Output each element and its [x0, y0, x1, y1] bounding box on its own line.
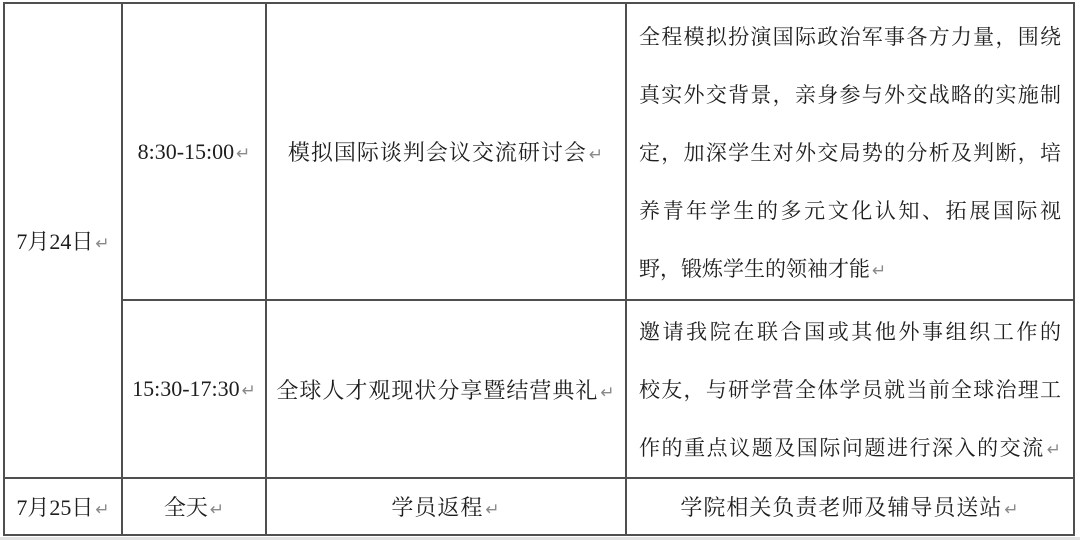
description-line: 作的重点议题及国际问题进行深入的交流↵ — [639, 419, 1061, 477]
time-cell: 8:30-15:00↵ — [122, 3, 266, 300]
document-page: 7月24日↵ 8:30-15:00↵ 模拟国际谈判会议交流研讨会↵ 全程模拟扮演… — [0, 0, 1080, 540]
paragraph-mark-icon: ↵ — [485, 500, 500, 520]
time-text: 全天 — [164, 495, 208, 520]
description-line: 全程模拟扮演国际政治军事各方力量，围绕 — [639, 8, 1061, 66]
table-row: 7月24日↵ 8:30-15:00↵ 模拟国际谈判会议交流研讨会↵ 全程模拟扮演… — [4, 3, 1074, 300]
activity-text: 全球人才观现状分享暨结营典礼 — [276, 378, 598, 403]
description-text: 学院相关负责老师及辅导员送站 — [680, 495, 1002, 520]
description-line: 养青年学生的多元文化认知、拓展国际视 — [639, 182, 1061, 240]
paragraph-mark-icon: ↵ — [236, 144, 250, 164]
description-text: 野，锻炼学生的领袖才能 — [639, 257, 870, 281]
paragraph-mark-icon: ↵ — [1047, 440, 1061, 460]
description-line: 定，加深学生对外交局势的分析及判断，培 — [639, 124, 1061, 182]
paragraph-mark-icon: ↵ — [95, 234, 109, 254]
description-text: 作的重点议题及国际问题进行深入的交流 — [639, 436, 1045, 460]
description-line: 真实外交背景，亲身参与外交战略的实施制 — [639, 66, 1061, 124]
paragraph-mark-icon: ↵ — [242, 381, 256, 401]
paragraph-mark-icon: ↵ — [210, 500, 224, 520]
paragraph-mark-icon: ↵ — [872, 261, 886, 281]
description-cell: 学院相关负责老师及辅导员送站↵ — [626, 478, 1074, 535]
paragraph-mark-icon: ↵ — [600, 383, 615, 403]
activity-cell: 全球人才观现状分享暨结营典礼↵ — [266, 300, 626, 478]
description-cell: 邀请我院在联合国或其他外事组织工作的 校友，与研学营全体学员就当前全球治理工 作… — [626, 300, 1074, 478]
date-text: 7月25日 — [16, 495, 93, 520]
activity-cell: 模拟国际谈判会议交流研讨会↵ — [266, 3, 626, 300]
time-text: 8:30-15:00 — [138, 139, 235, 164]
description-line: 野，锻炼学生的领袖才能↵ — [639, 240, 1061, 298]
description-cell: 全程模拟扮演国际政治军事各方力量，围绕 真实外交背景，亲身参与外交战略的实施制 … — [626, 3, 1074, 300]
description-line: 校友，与研学营全体学员就当前全球治理工 — [639, 361, 1061, 419]
table-row: 7月25日↵ 全天↵ 学员返程↵ 学院相关负责老师及辅导员送站↵ — [4, 478, 1074, 535]
activity-text: 模拟国际谈判会议交流研讨会 — [288, 140, 587, 165]
time-text: 15:30-17:30 — [132, 376, 240, 401]
paragraph-mark-icon: ↵ — [95, 500, 109, 520]
activity-cell: 学员返程↵ — [266, 478, 626, 535]
paragraph-mark-icon: ↵ — [589, 145, 604, 165]
date-text: 7月24日 — [16, 229, 93, 254]
description-line: 邀请我院在联合国或其他外事组织工作的 — [639, 303, 1061, 361]
table-row: 15:30-17:30↵ 全球人才观现状分享暨结营典礼↵ 邀请我院在联合国或其他… — [4, 300, 1074, 478]
time-cell: 15:30-17:30↵ — [122, 300, 266, 478]
date-cell-jul25: 7月25日↵ — [4, 478, 122, 535]
paragraph-mark-icon: ↵ — [1004, 500, 1019, 520]
schedule-table: 7月24日↵ 8:30-15:00↵ 模拟国际谈判会议交流研讨会↵ 全程模拟扮演… — [3, 2, 1075, 536]
time-cell: 全天↵ — [122, 478, 266, 535]
activity-text: 学员返程 — [391, 495, 483, 520]
date-cell-jul24: 7月24日↵ — [4, 3, 122, 478]
